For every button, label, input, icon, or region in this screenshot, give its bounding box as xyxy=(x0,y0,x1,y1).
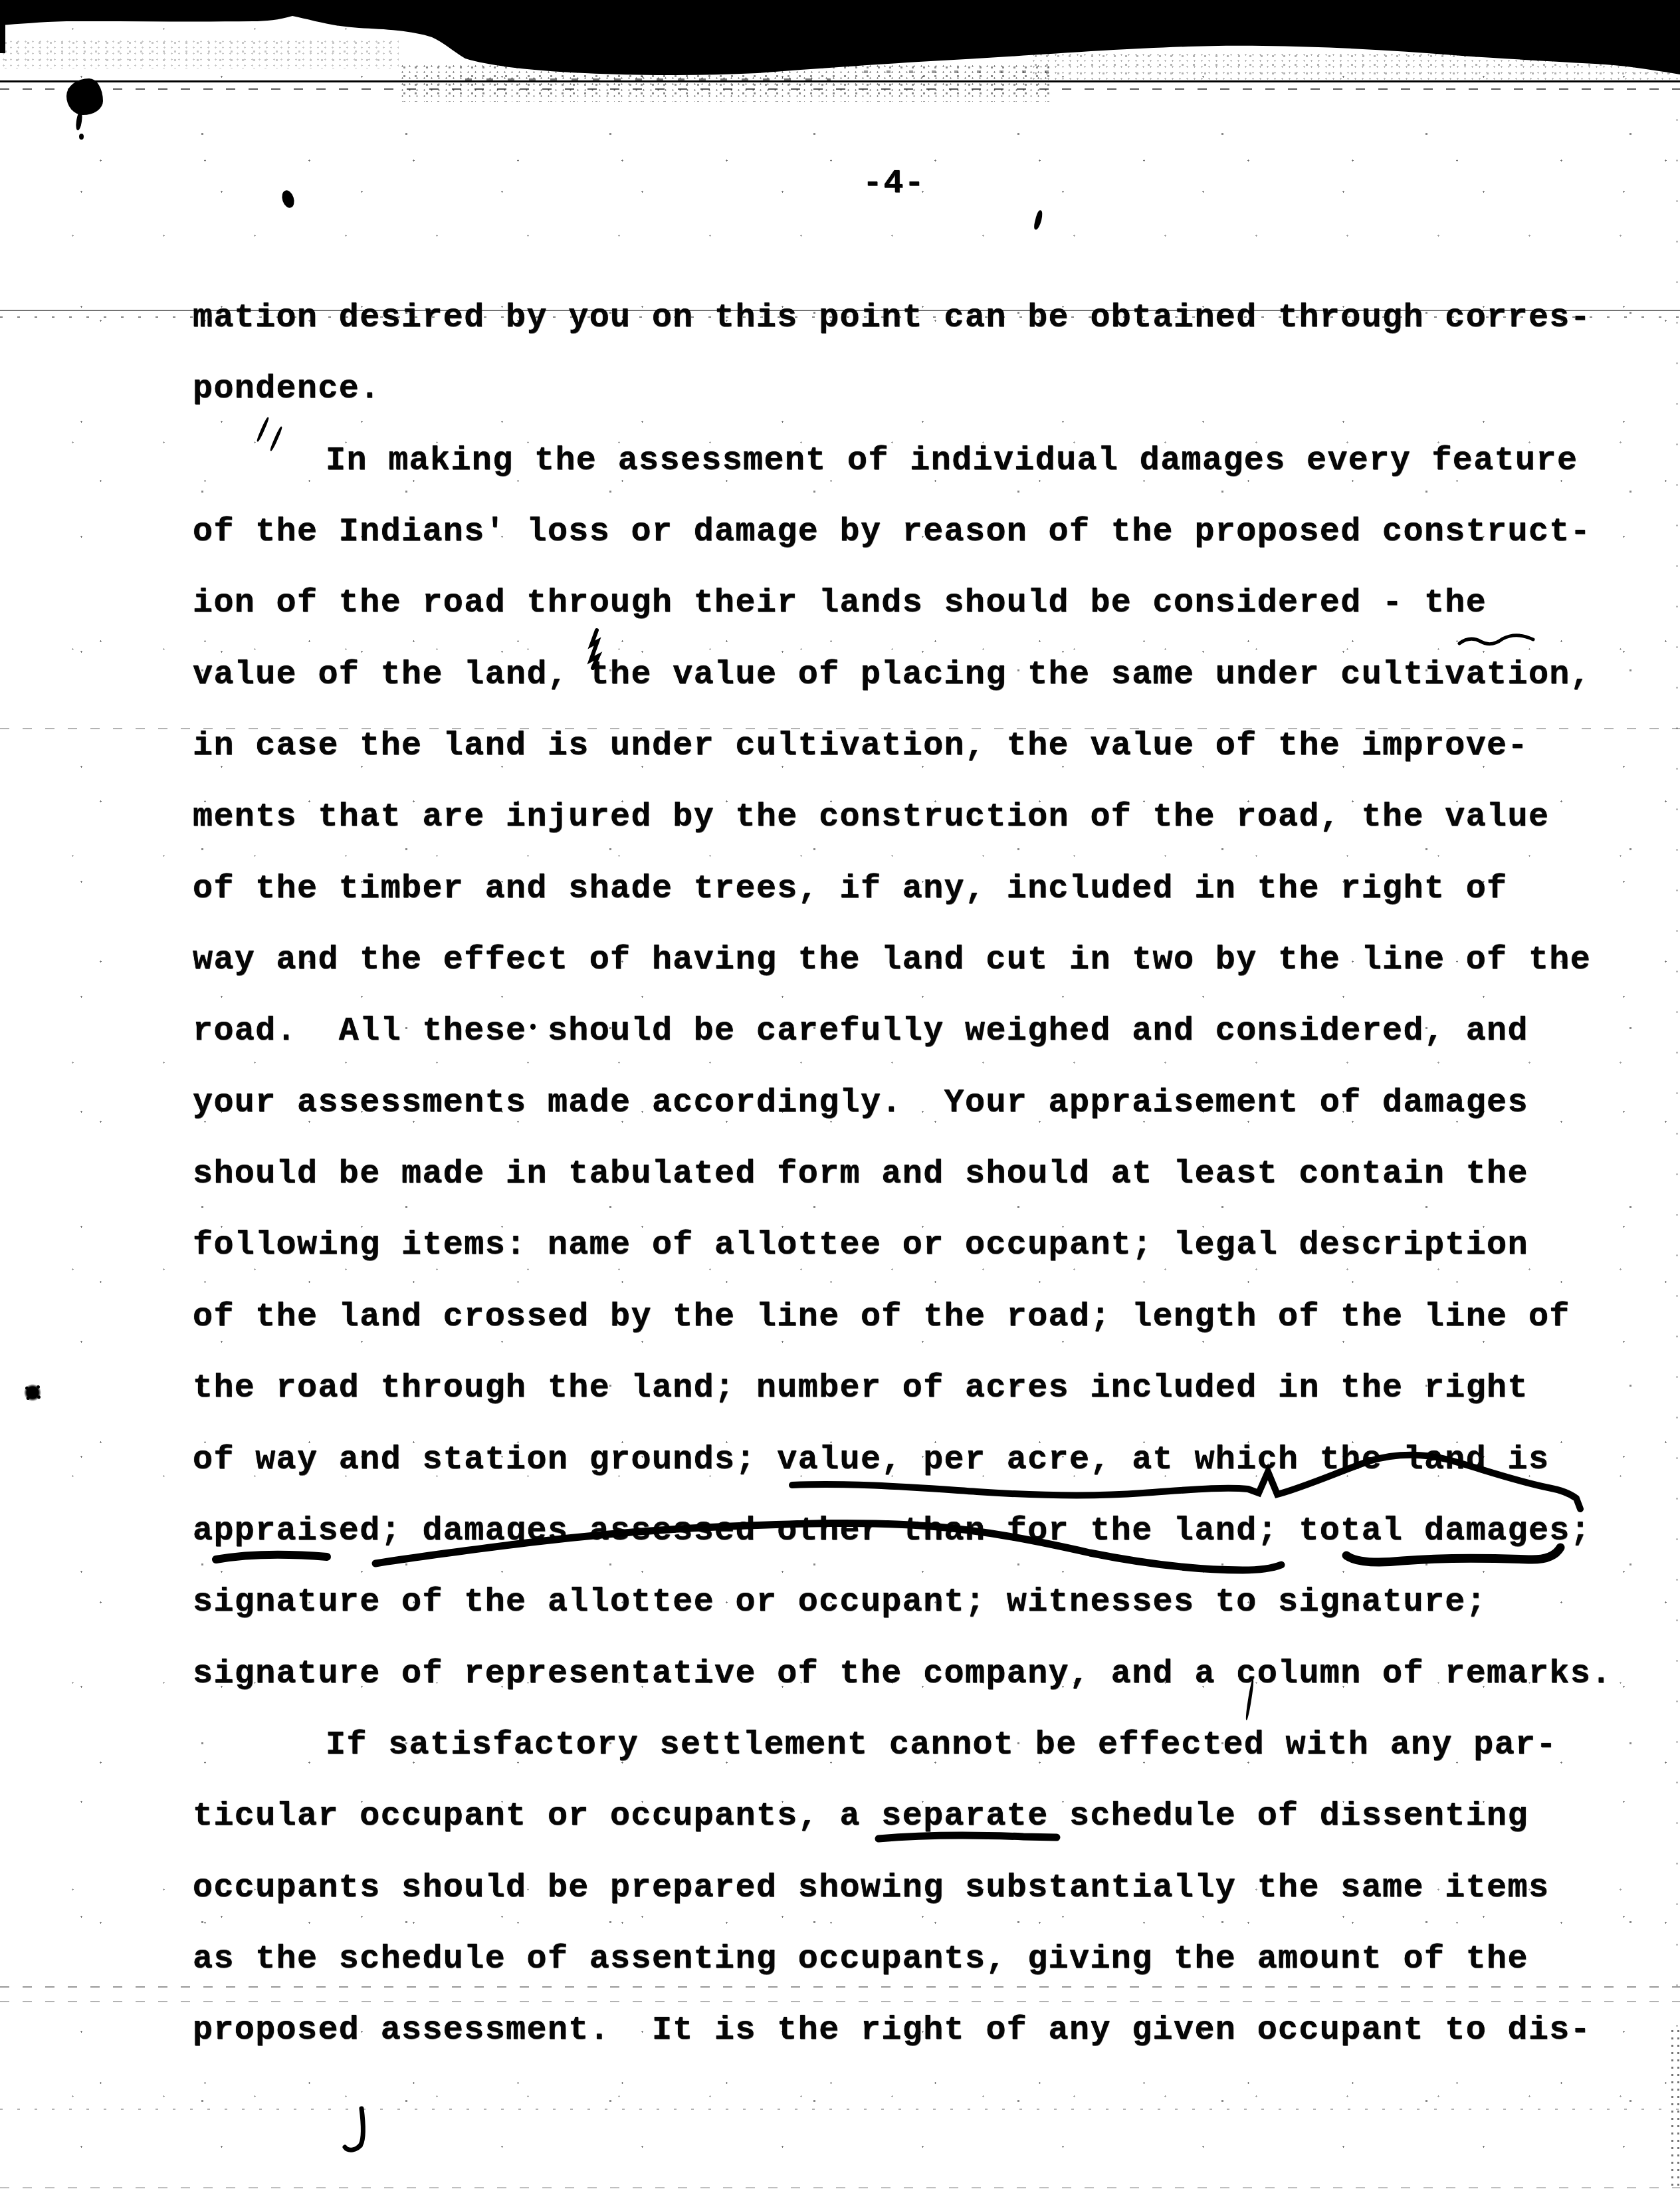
typewritten-line: In making the assessment of individual d… xyxy=(193,425,1641,497)
ink-speck xyxy=(530,1024,536,1030)
ink-blot-dot xyxy=(79,134,84,140)
typewritten-line: ion of the road through their lands shou… xyxy=(193,568,1641,639)
pen-tick-mark xyxy=(1033,209,1044,230)
scan-noise-right-edge xyxy=(1675,100,1680,2027)
typewritten-line: as the schedule of assenting occupants, … xyxy=(193,1924,1641,1995)
typewritten-line: way and the effect of having the land cu… xyxy=(193,925,1641,996)
typewritten-line: should be made in tabulated form and sho… xyxy=(193,1139,1641,1210)
typewritten-line: mation desired by you on this point can … xyxy=(193,283,1641,354)
typewritten-line: of the land crossed by the line of the r… xyxy=(193,1282,1641,1353)
typewritten-line: appraised; damages assessed other than f… xyxy=(193,1496,1641,1567)
scan-artifact-line xyxy=(0,2187,1680,2188)
typewritten-line: of the Indians' loss or damage by reason… xyxy=(193,497,1641,568)
page-number: -4- xyxy=(863,165,925,203)
typewritten-line: signature of the allottee or occupant; w… xyxy=(193,1567,1641,1638)
typewritten-line: If satisfactory settlement cannot be eff… xyxy=(193,1710,1641,1781)
typewritten-line: pondence. xyxy=(193,354,1641,425)
typewritten-line: road. All these should be carefully weig… xyxy=(193,996,1641,1067)
typewritten-line: signature of representative of the compa… xyxy=(193,1639,1641,1710)
typewritten-line: ments that are injured by the constructi… xyxy=(193,782,1641,853)
small-ink-blot xyxy=(280,189,296,209)
ink-blot xyxy=(66,78,103,115)
scan-artifact-top-band xyxy=(0,0,1680,146)
typewritten-text: mation desired by you on this point can … xyxy=(193,283,1641,2067)
scanned-document-page: -4- mation desired by you on this point … xyxy=(0,0,1680,2191)
typewritten-line: following items: name of allottee or occ… xyxy=(193,1210,1641,1281)
typewritten-line: occupants should be prepared showing sub… xyxy=(193,1853,1641,1924)
typewritten-line: the road through the land; number of acr… xyxy=(193,1353,1641,1424)
typewritten-line: your assessments made accordingly. Your … xyxy=(193,1068,1641,1139)
typewritten-line: of way and station grounds; value, per a… xyxy=(193,1425,1641,1496)
typewritten-line: value of the land, the value of placing … xyxy=(193,639,1641,711)
typewritten-line: ticular occupant or occupants, a separat… xyxy=(193,1781,1641,1852)
hook-mark xyxy=(345,2109,364,2150)
margin-ink-splotch xyxy=(21,1381,44,1404)
scan-artifact-line xyxy=(0,2109,1680,2110)
typewritten-line: in case the land is under cultivation, t… xyxy=(193,711,1641,782)
scan-noise-right-edge xyxy=(1669,2027,1680,2191)
typewritten-line: of the timber and shade trees, if any, i… xyxy=(193,854,1641,925)
typewritten-line: proposed assessment. It is the right of … xyxy=(193,1995,1641,2066)
